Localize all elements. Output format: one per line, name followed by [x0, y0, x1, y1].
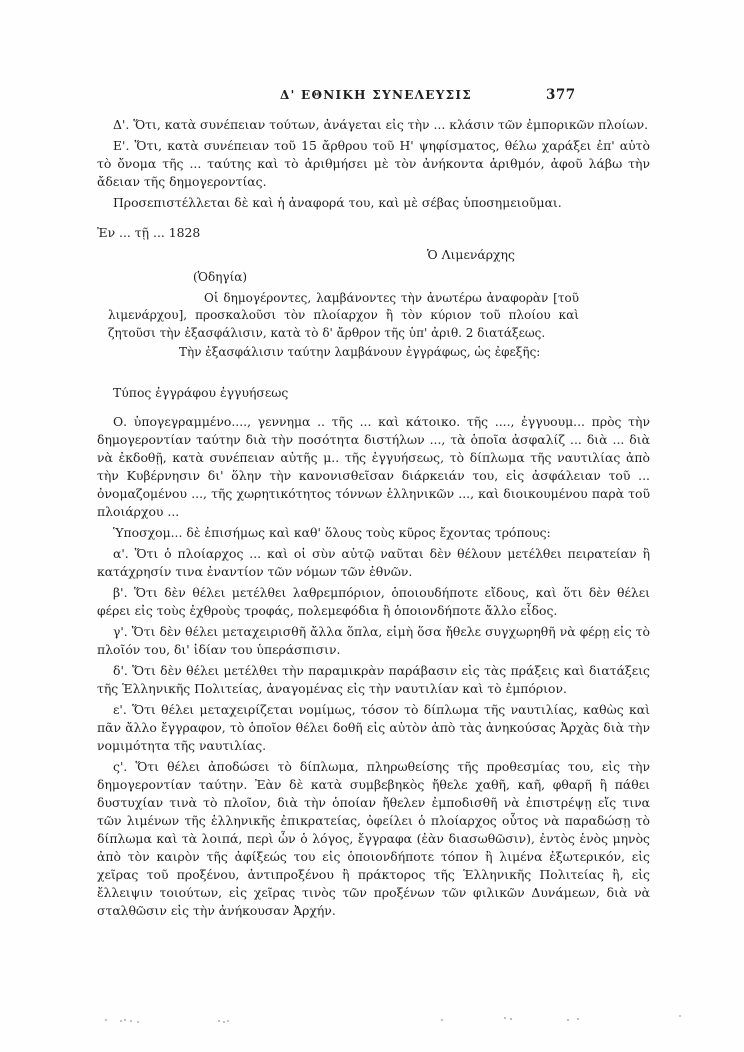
guarantee-clause-g: γ'. Ὅτι δὲν θέλει μεταχειρισθῆ ἄλλα ὅπλα… [97, 623, 650, 659]
instruction-heading: (Ὁδηγία) [108, 269, 579, 287]
section-title: Δ' ΕΘΝΙΚΗ ΣΥΝΕΛΕΥΣΙΣ [280, 88, 472, 102]
guarantee-clause-st: ς'. Ὅτι θέλει ἀποδώσει τὸ δίπλωμα, πληρω… [97, 758, 650, 920]
page-body: Δ'. Ὅτι, κατὰ συνέπειαν τούτων, ἀνάγεται… [97, 113, 650, 920]
page-number: 377 [546, 87, 576, 103]
guarantee-form-intro: Ο. ὑπογεγραμμένο...., γεννημα .. τῆς ...… [97, 413, 650, 521]
guarantee-clause-e: ε'. Ὅτι θέλει μεταχειρίζεται νομίμως, τό… [97, 701, 650, 755]
instruction-paragraph-1: Οἱ δημογέροντες, λαμβάνοντες τὴν ἀνωτέρω… [108, 290, 579, 343]
guarantee-clause-d: δ'. Ὅτι δὲν θέλει μετέλθει τὴν παραμικρὰ… [97, 662, 650, 698]
signature-harbourmaster: Ὁ Λιμενάρχης [97, 246, 650, 264]
guarantee-clause-b: β'. Ὅτι δὲν θέλει μετέλθει λαθρεμπόριον,… [97, 584, 650, 620]
report-item-d: Δ'. Ὅτι, κατὰ συνέπειαν τούτων, ἀνάγεται… [97, 116, 650, 134]
guarantee-form-promise: Ὑποσχομ... δὲ ἐπισήμως καὶ καθ' ὅλους το… [97, 524, 650, 542]
dateline: Ἐν ... τῇ ... 1828 [97, 224, 650, 242]
running-header: Δ' ΕΘΝΙΚΗ ΣΥΝΕΛΕΥΣΙΣ 377 [0, 88, 744, 108]
report-closing: Προσεπιστέλλεται δὲ καὶ ἡ ἀναφορά του, κ… [97, 194, 650, 212]
instruction-block: (Ὁδηγία) Οἱ δημογέροντες, λαμβάνοντες τὴ… [108, 269, 579, 362]
report-item-e: Ε'. Ὅτι, κατὰ συνέπειαν τοῦ 15 ἄρθρου το… [97, 137, 650, 191]
scan-artifact-specks [105, 1019, 107, 1021]
scanned-book-page: Δ' ΕΘΝΙΚΗ ΣΥΝΕΛΕΥΣΙΣ 377 Δ'. Ὅτι, κατὰ σ… [0, 0, 744, 1052]
guarantee-clause-a: α'. Ὅτι ὁ πλοίαρχος ... καὶ οἱ σὺν αὐτῷ … [97, 545, 650, 581]
instruction-paragraph-2: Τὴν ἐξασφάλισιν ταύτην λαμβάνουν ἐγγράφω… [108, 344, 579, 362]
guarantee-form-heading: Τύπος ἐγγράφου ἐγγυήσεως [97, 384, 650, 402]
